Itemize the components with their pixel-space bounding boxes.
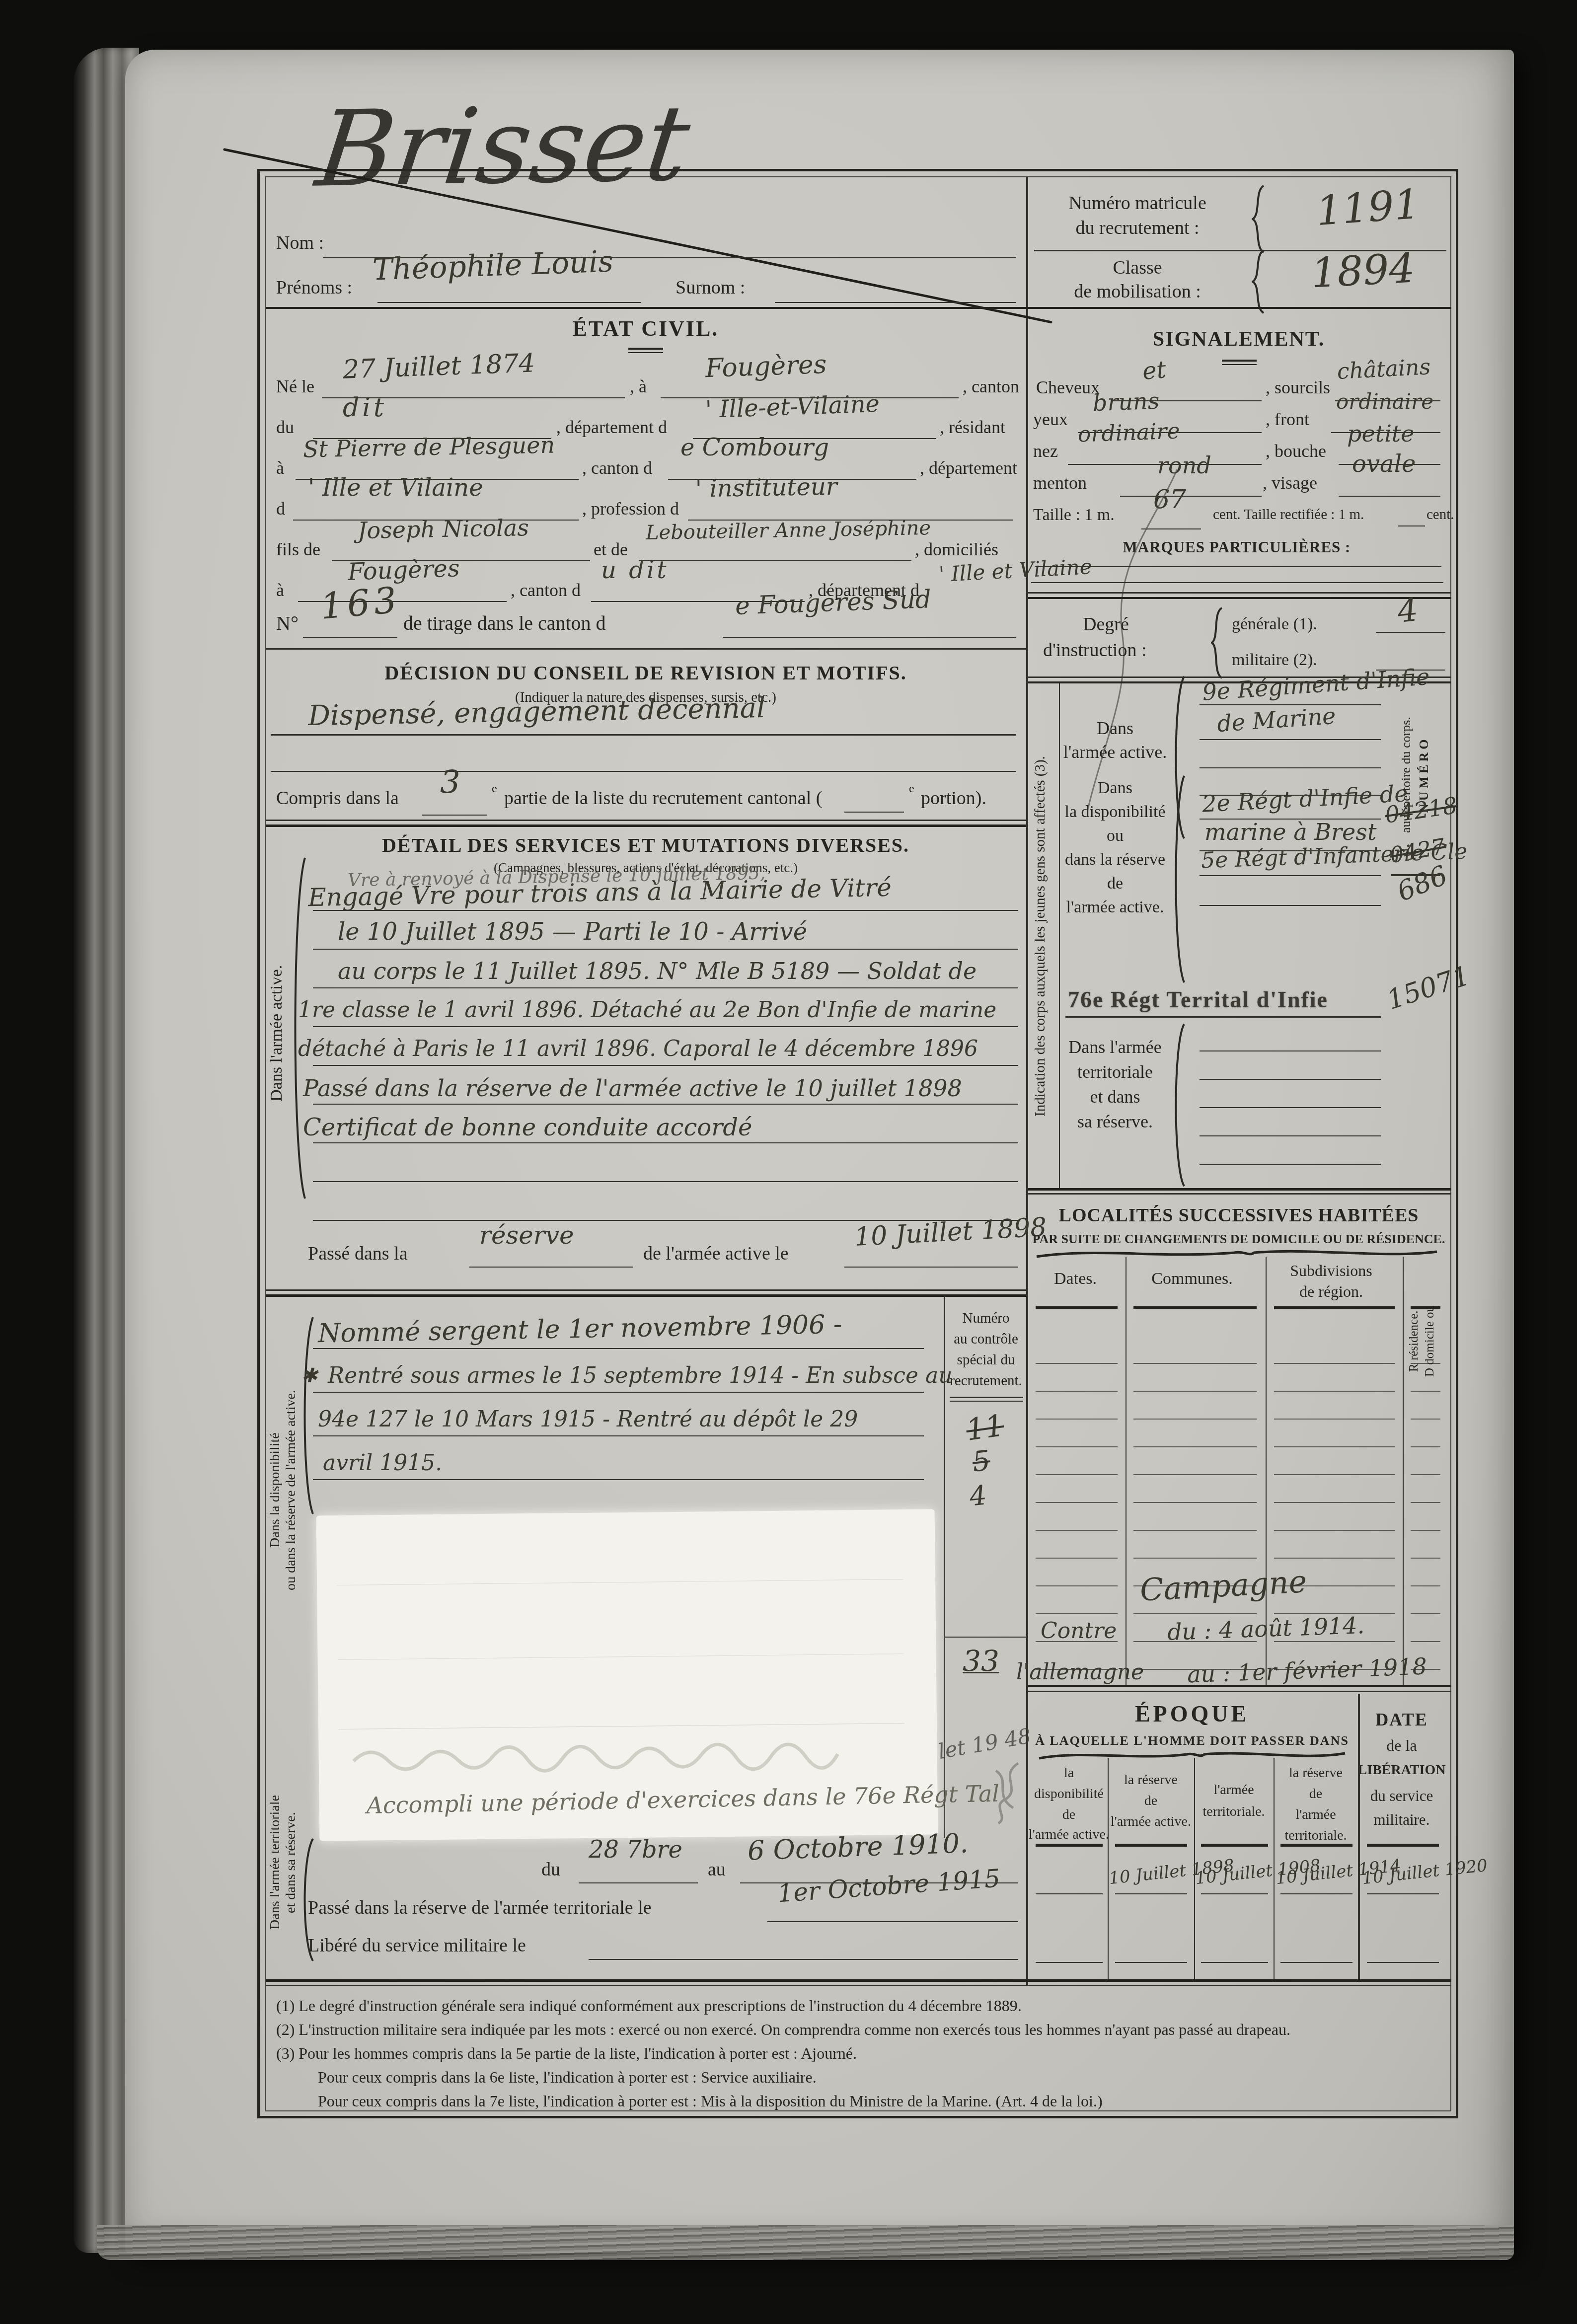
- services-margin-label: Dans l'armée active.: [268, 874, 285, 1192]
- terr-margin-label-1: Dans l'armée territoriale: [268, 1758, 282, 1967]
- compris-partie-value: 3: [440, 767, 460, 799]
- ec-et-de: et de: [594, 540, 628, 558]
- ec-date-naissance: 27 Juillet 1874: [342, 350, 535, 382]
- passe-reserve-value1: réserve: [479, 1223, 574, 1248]
- column-divider: [1026, 177, 1028, 1985]
- campagne-allemagne: l'allemagne: [1016, 1661, 1144, 1683]
- libere-label: Libéré du service militaire le: [308, 1936, 526, 1955]
- tirage-canton: e Fougères Sud: [735, 587, 931, 618]
- epoque-c3-2: territoriale.: [1202, 1805, 1265, 1819]
- front-label: , front: [1266, 410, 1309, 428]
- localites-brace: [1036, 1247, 1438, 1260]
- surnom-line: [775, 302, 1016, 303]
- footer-top-line: [266, 1979, 1451, 1982]
- epoque-c4-1: la réserve: [1289, 1766, 1343, 1780]
- corps-r2-label-5: de: [1107, 875, 1123, 892]
- services-line-6: Passé dans la réserve de l'armée active …: [303, 1077, 962, 1100]
- matricule-value: 1191: [1315, 184, 1421, 232]
- ec-dept-naissance: ' Ille-et-Vilaine: [705, 392, 880, 422]
- localites-header-bar: [1133, 1306, 1257, 1309]
- bouche-label: , bouche: [1266, 442, 1326, 460]
- corps-r2-value-2: marine à Brest: [1204, 821, 1376, 843]
- periode-rule: [579, 1882, 698, 1883]
- degre-brace: [1211, 607, 1223, 679]
- epoque-header-bar: [1115, 1844, 1187, 1847]
- corps-margin-divider: [1059, 683, 1060, 1188]
- compris-3: portion).: [921, 789, 986, 808]
- corps-rule: [1200, 1050, 1381, 1051]
- dispo-rule: [313, 1435, 924, 1436]
- localites-header-bar: [1274, 1306, 1395, 1309]
- footer-top-line2: [266, 1985, 1451, 1986]
- taille-cent-label: cent.: [1427, 508, 1454, 522]
- epoque-rule: [1201, 1893, 1268, 1894]
- periode-du-value: 28 7bre: [589, 1838, 682, 1862]
- section-line: [266, 1294, 1026, 1297]
- accompli-note: Accompli une période d'exercices dans le…: [366, 1782, 999, 1817]
- terr-margin-label-2: et dans sa réserve.: [284, 1758, 298, 1967]
- section-line: [266, 1289, 1026, 1291]
- matricule-brace: [1252, 185, 1265, 253]
- matricule-label-2: du recrutement :: [1075, 219, 1199, 237]
- degre-rule: [1376, 632, 1445, 633]
- dispo-rule: [313, 1479, 924, 1480]
- ec-du: du: [276, 418, 294, 436]
- ec-profession: ' instituteur: [695, 475, 838, 501]
- decision-line1: [271, 734, 1016, 736]
- corps-r3-label-2: territoriale: [1077, 1063, 1153, 1081]
- ec-domicilies: , domiciliés: [915, 540, 998, 558]
- sourcils-value: châtains: [1337, 356, 1431, 383]
- ec-dept2: , département: [920, 459, 1017, 477]
- epoque-header-bar: [1036, 1844, 1103, 1847]
- epoque-c2-2: de: [1144, 1794, 1157, 1808]
- section-line: [1028, 597, 1451, 599]
- dispo-line-3: 94e 127 le 10 Mars 1915 - Rentré au dépô…: [318, 1409, 858, 1430]
- corps-r3-label-4: sa réserve.: [1077, 1113, 1153, 1130]
- signalement-title: SIGNALEMENT.: [1153, 329, 1325, 350]
- epoque-c4-2: de: [1309, 1787, 1322, 1801]
- epoque-brace: [1038, 1749, 1346, 1761]
- passe-rule: [844, 1267, 1018, 1268]
- localites-title: LOCALITÉS SUCCESSIVES HABITÉES: [1059, 1206, 1419, 1225]
- dispo-rule: [313, 1392, 924, 1393]
- services-rule: [313, 987, 1018, 988]
- dispo-line-4: avril 1915.: [323, 1452, 442, 1474]
- visage-value: ovale: [1352, 452, 1416, 476]
- services-rule: [313, 1104, 1018, 1105]
- dispo-line-2: Rentré sous armes le 15 septembre 1914 -…: [328, 1365, 953, 1387]
- epoque-c1-1: la: [1064, 1766, 1074, 1780]
- epoque-date-3: LIBÉRATION: [1358, 1763, 1446, 1777]
- prenoms-line: [377, 302, 641, 303]
- sig-rule: [1031, 582, 1443, 583]
- controle-value-3: 4: [968, 1482, 988, 1510]
- prenoms-value: Théophile Louis: [372, 247, 614, 285]
- corps-r3-stamp: 76e Régt Territal d'Infie: [1068, 988, 1328, 1011]
- section-line: [1028, 1193, 1451, 1195]
- ec-profession-label: , profession d: [582, 500, 679, 518]
- controle-value-4: 33: [963, 1647, 999, 1675]
- degre-generale-label: générale (1).: [1232, 616, 1317, 633]
- localites-header-bar: [1036, 1306, 1118, 1309]
- corps-r2-label-3: ou: [1107, 827, 1124, 844]
- nez-label: nez: [1033, 442, 1058, 460]
- compris-sup2: e: [909, 783, 914, 795]
- campagne-du: du : 4 août 1914.: [1167, 1614, 1365, 1644]
- section-line: [266, 820, 1026, 821]
- epoque-rule: [1201, 1962, 1268, 1963]
- asterisk-mark: ✱: [301, 1366, 318, 1386]
- visage-label: , visage: [1263, 474, 1317, 492]
- epoque-date-4: du service: [1370, 1788, 1433, 1803]
- yeux-value: bruns: [1092, 389, 1160, 415]
- localites-col-divider: [1403, 1257, 1404, 1685]
- localites-header-bar: [1411, 1306, 1440, 1309]
- epoque-rule: [1280, 1962, 1352, 1963]
- etat-civil-dash: [628, 348, 663, 353]
- localites-col-subdiv-2: de région.: [1299, 1283, 1363, 1299]
- controle-value-2: 5: [971, 1447, 991, 1476]
- decision-title: DÉCISION DU CONSEIL DE REVISION ET MOTIF…: [384, 663, 906, 683]
- section-line: [266, 648, 1026, 650]
- white-patch: Accompli une période d'exercices dans le…: [316, 1509, 938, 1841]
- section-line: [1028, 1685, 1451, 1687]
- corps-r2-label-6: l'armée active.: [1066, 899, 1164, 916]
- libere-rule: [589, 1959, 1018, 1960]
- compris-line2: [844, 812, 904, 813]
- services-rule: [313, 949, 1018, 950]
- classe-label-1: Classe: [1113, 258, 1162, 277]
- controle-value-1: 11: [964, 1411, 1006, 1445]
- services-rule: [313, 1065, 1018, 1066]
- localites-col-communes: Communes.: [1151, 1271, 1232, 1287]
- epoque-c1-2: disponibilité: [1034, 1787, 1104, 1801]
- corps-rule: [1200, 1107, 1381, 1108]
- epoque-c4-4: territoriale.: [1284, 1829, 1347, 1843]
- sourcils-label: , sourcils: [1266, 378, 1330, 396]
- terr-rule: [767, 1921, 1018, 1922]
- corps-rule: [1200, 875, 1381, 876]
- corps-r1-label-1: Dans: [1097, 719, 1133, 737]
- corps-row2-brace: [1172, 775, 1185, 983]
- decision-value: Dispensé, engagement decennal: [308, 694, 766, 730]
- corps-rule: [1200, 1135, 1381, 1136]
- ec-line: [641, 560, 911, 561]
- front-value: ordinaire: [1336, 391, 1433, 412]
- epoque-rule: [1036, 1893, 1103, 1894]
- dispo-bracket: [301, 1316, 314, 1515]
- ec-a2: à: [276, 459, 284, 477]
- corps-stamp-rule: [1065, 1016, 1381, 1018]
- footnote-1: (1) Le degré d'instruction générale sera…: [276, 1998, 1022, 2014]
- controle-cell-line: [944, 1637, 1026, 1638]
- services-rule: [313, 910, 1018, 911]
- etat-civil-title: ÉTAT CIVIL.: [573, 318, 719, 340]
- degre-label-2: d'instruction :: [1043, 641, 1146, 660]
- compris-sup1: e: [492, 783, 497, 795]
- prenoms-label: Prénoms :: [276, 278, 352, 297]
- localites-subtitle: PAR SUITE DE CHANGEMENTS DE DOMICILE OU …: [1033, 1233, 1445, 1246]
- degre-label-1: Degré: [1083, 615, 1129, 634]
- dispo-rule: [313, 1348, 924, 1349]
- localites-col-subdiv-1: Subdivisions: [1290, 1263, 1372, 1278]
- epoque-header-bar: [1280, 1844, 1352, 1847]
- controle-header-4: recrutement.: [950, 1374, 1022, 1388]
- degre-militaire-label: militaire (2).: [1232, 652, 1317, 669]
- services-line-4: 1re classe le 1 avril 1896. Détaché au 2…: [298, 999, 996, 1021]
- tirage-text: de tirage dans le canton d: [403, 613, 606, 633]
- sig-rule: [1398, 525, 1425, 526]
- passe-reserve-label2: de l'armée active le: [643, 1244, 789, 1263]
- corps-rule: [1200, 1079, 1381, 1080]
- nez-value: ordinaire: [1077, 420, 1180, 446]
- epoque-c1-4: l'armée active.: [1029, 1828, 1109, 1842]
- taille-rectifiee-label: cent. Taille rectifiée : 1 m.: [1213, 508, 1364, 522]
- controle-rule: [950, 1401, 1023, 1402]
- surnom-label: Surnom :: [676, 278, 745, 297]
- services-line-2: le 10 Juillet 1895 — Parti le 10 - Arriv…: [338, 920, 807, 944]
- epoque-date-divider: [1358, 1694, 1360, 1979]
- scanned-register-photo: Brisset Nom : Prénoms : Théophile Louis …: [0, 0, 1577, 2324]
- services-rule: [313, 1142, 1018, 1143]
- corps-margin-label: Indication des corps auxquels les jeunes…: [1033, 693, 1048, 1180]
- corps-r3-label-1: Dans l'armée: [1068, 1038, 1161, 1056]
- page-stack-bottom: [97, 2225, 1514, 2260]
- ec-mere: Lebouteiller Anne Joséphine: [646, 518, 931, 543]
- classe-label-2: de mobilisation :: [1074, 282, 1201, 301]
- dispo-margin-label-2: ou dans la réserve de l'armée active.: [284, 1306, 298, 1674]
- terr-reserve-label: Passé dans la réserve de l'armée territo…: [308, 1898, 652, 1917]
- corps-rule: [1200, 767, 1381, 768]
- ec-ne-le: Né le: [276, 377, 314, 395]
- menton-label: menton: [1033, 474, 1087, 492]
- bouche-value: petite: [1347, 422, 1415, 445]
- corps-numero-label-2: au répertoire du corps.: [1400, 688, 1413, 862]
- corps-r2-label-2: la disponibilité: [1064, 804, 1165, 821]
- signalement-dash: [1222, 360, 1257, 365]
- services-rule: [313, 1026, 1018, 1027]
- corps-r3-label-3: et dans: [1090, 1088, 1140, 1106]
- controle-header-2: au contrôle: [954, 1332, 1018, 1347]
- epoque-date-2: de la: [1386, 1737, 1417, 1753]
- ec-dept-residence: ' Ille et Vilaine: [308, 476, 483, 500]
- ec-residant: , résidant: [940, 418, 1005, 436]
- localites-col-dates: Dates.: [1054, 1271, 1097, 1287]
- compris-2: partie de la liste du recrutement canton…: [504, 789, 822, 808]
- footnote-5: Pour ceux compris dans la 7e liste, l'in…: [318, 2093, 1103, 2109]
- campagne-contre: Contre: [1041, 1620, 1117, 1642]
- corps-numero-label-1: NUMÉRO: [1418, 695, 1430, 854]
- epoque-rule: [1367, 1962, 1439, 1963]
- yeux-label: yeux: [1033, 410, 1068, 428]
- ec-canton-domicile: u dit: [601, 558, 669, 582]
- tirage-no: N°: [276, 613, 299, 633]
- services-line-7: Certificat de bonne conduite accordé: [303, 1116, 752, 1139]
- tirage-line1: [303, 637, 397, 638]
- ec-residence: St Pierre de Plesguen: [303, 434, 555, 461]
- tirage-value: 163: [319, 582, 402, 624]
- corps-r2-label-4: dans la réserve: [1065, 851, 1165, 868]
- section-line: [1028, 592, 1451, 594]
- controle-header-3: spécial du: [957, 1353, 1015, 1367]
- terr-bracket: [301, 1838, 314, 1962]
- footnote-2: (2) L'instruction militaire sera indiqué…: [276, 2022, 1290, 2037]
- header-bottom-line: [266, 307, 1451, 309]
- ec-canton: , canton: [963, 377, 1019, 395]
- epoque-rule: [1280, 1893, 1352, 1894]
- epoque-date-5: militaire.: [1374, 1812, 1430, 1827]
- matricule-label-1: Numéro matricule: [1068, 194, 1206, 213]
- corps-row3-brace: [1172, 1023, 1185, 1187]
- section-line: [1028, 1691, 1451, 1692]
- ec-canton-d: , canton d: [582, 459, 652, 477]
- compris-1: Compris dans la: [276, 789, 399, 808]
- dispo-margin-label-1: Dans la disponibilité: [268, 1321, 282, 1659]
- epoque-rule: [1115, 1893, 1187, 1894]
- services-rule: [313, 1181, 1018, 1182]
- decision-line2: [271, 771, 1016, 772]
- epoque-title: ÉPOQUE: [1135, 1703, 1249, 1725]
- corps-rule: [1200, 739, 1381, 740]
- ec-canton-residence: e Combourg: [680, 436, 829, 459]
- sig-rule: [1339, 496, 1440, 497]
- epoque-c2-1: la réserve: [1124, 1773, 1178, 1787]
- epoque-rule: [1115, 1962, 1187, 1963]
- epoque-rule: [1036, 1962, 1103, 1963]
- epoque-rule: [1367, 1893, 1439, 1894]
- name-signature: Brisset: [311, 91, 695, 202]
- epoque-c4-3: l'armée: [1295, 1808, 1336, 1822]
- section-line: [1028, 1188, 1451, 1191]
- services-line-5: détaché à Paris le 11 avril 1896. Capora…: [298, 1038, 978, 1060]
- localites-ruled-col: [1411, 1336, 1440, 1684]
- epoque-c1-3: de: [1062, 1808, 1075, 1822]
- localites-col-divider: [1126, 1257, 1126, 1685]
- ec-d: d: [276, 500, 285, 518]
- epoque-c3-1: l'armée: [1213, 1783, 1254, 1797]
- passe-reserve-label1: Passé dans la: [308, 1244, 408, 1263]
- degre-generale-value: 4: [1396, 594, 1420, 628]
- ec-fils-de: fils de: [276, 540, 320, 558]
- corps-r1-label-2: l'armée active.: [1063, 743, 1167, 761]
- classe-value: 1894: [1310, 248, 1416, 295]
- section-line: [266, 825, 1026, 827]
- periode-au-label: au: [708, 1860, 726, 1879]
- periode-au-value: 6 Octobre 1910.: [747, 1830, 969, 1864]
- classe-brace: [1252, 249, 1265, 314]
- ec-domicile: Fougères: [347, 556, 460, 584]
- epoque-c2-3: l'armée active.: [1111, 1815, 1191, 1829]
- pencil-scribble: [988, 1761, 1028, 1825]
- sig-rule: [1036, 566, 1441, 567]
- epoque-header-bar: [1367, 1844, 1439, 1847]
- corps-r2-label-1: Dans: [1098, 780, 1132, 797]
- nom-label: Nom :: [276, 233, 324, 252]
- ec-canton-naissance: dit: [343, 395, 387, 421]
- periode-du-label: du: [541, 1860, 560, 1879]
- services-line-3: au corps le 11 Juillet 1895. N° Mle B 51…: [338, 960, 976, 982]
- campagne-value: Campagne: [1139, 1566, 1308, 1606]
- cheveux-value: et: [1141, 358, 1167, 383]
- epoque-date-1: DATE: [1375, 1711, 1427, 1728]
- ec-dept-label: , département d: [556, 418, 667, 436]
- compris-line1: [422, 815, 487, 816]
- ec-canton-d2: , canton d: [511, 581, 581, 599]
- epoque-header-bar: [1201, 1844, 1268, 1847]
- controle-rule: [950, 1397, 1023, 1398]
- ec-a: , à: [630, 377, 647, 395]
- epoque-subtitle: À LAQUELLE L'HOMME DOIT PASSER DANS: [1035, 1734, 1349, 1747]
- tirage-line2: [723, 637, 1016, 638]
- ec-a3: à: [276, 581, 284, 599]
- controle-header-1: Numéro: [962, 1311, 1009, 1326]
- ec-lieu-naissance: Fougères: [705, 352, 827, 381]
- services-bracket: [291, 857, 306, 1199]
- footnote-3: (3) Pour les hommes compris dans la 5e p…: [276, 2045, 857, 2061]
- footnote-4: Pour ceux compris dans la 6e liste, l'in…: [318, 2069, 817, 2085]
- corps-rule: [1200, 905, 1381, 906]
- services-title: DÉTAIL DES SERVICES ET MUTATIONS DIVERSE…: [382, 835, 909, 855]
- erased-scribble: [348, 1728, 895, 1779]
- cheveux-label: Cheveux: [1036, 378, 1100, 396]
- passe-rule: [469, 1267, 633, 1268]
- corps-rule: [1200, 1164, 1381, 1165]
- ec-pere: Joseph Nicolas: [358, 516, 529, 542]
